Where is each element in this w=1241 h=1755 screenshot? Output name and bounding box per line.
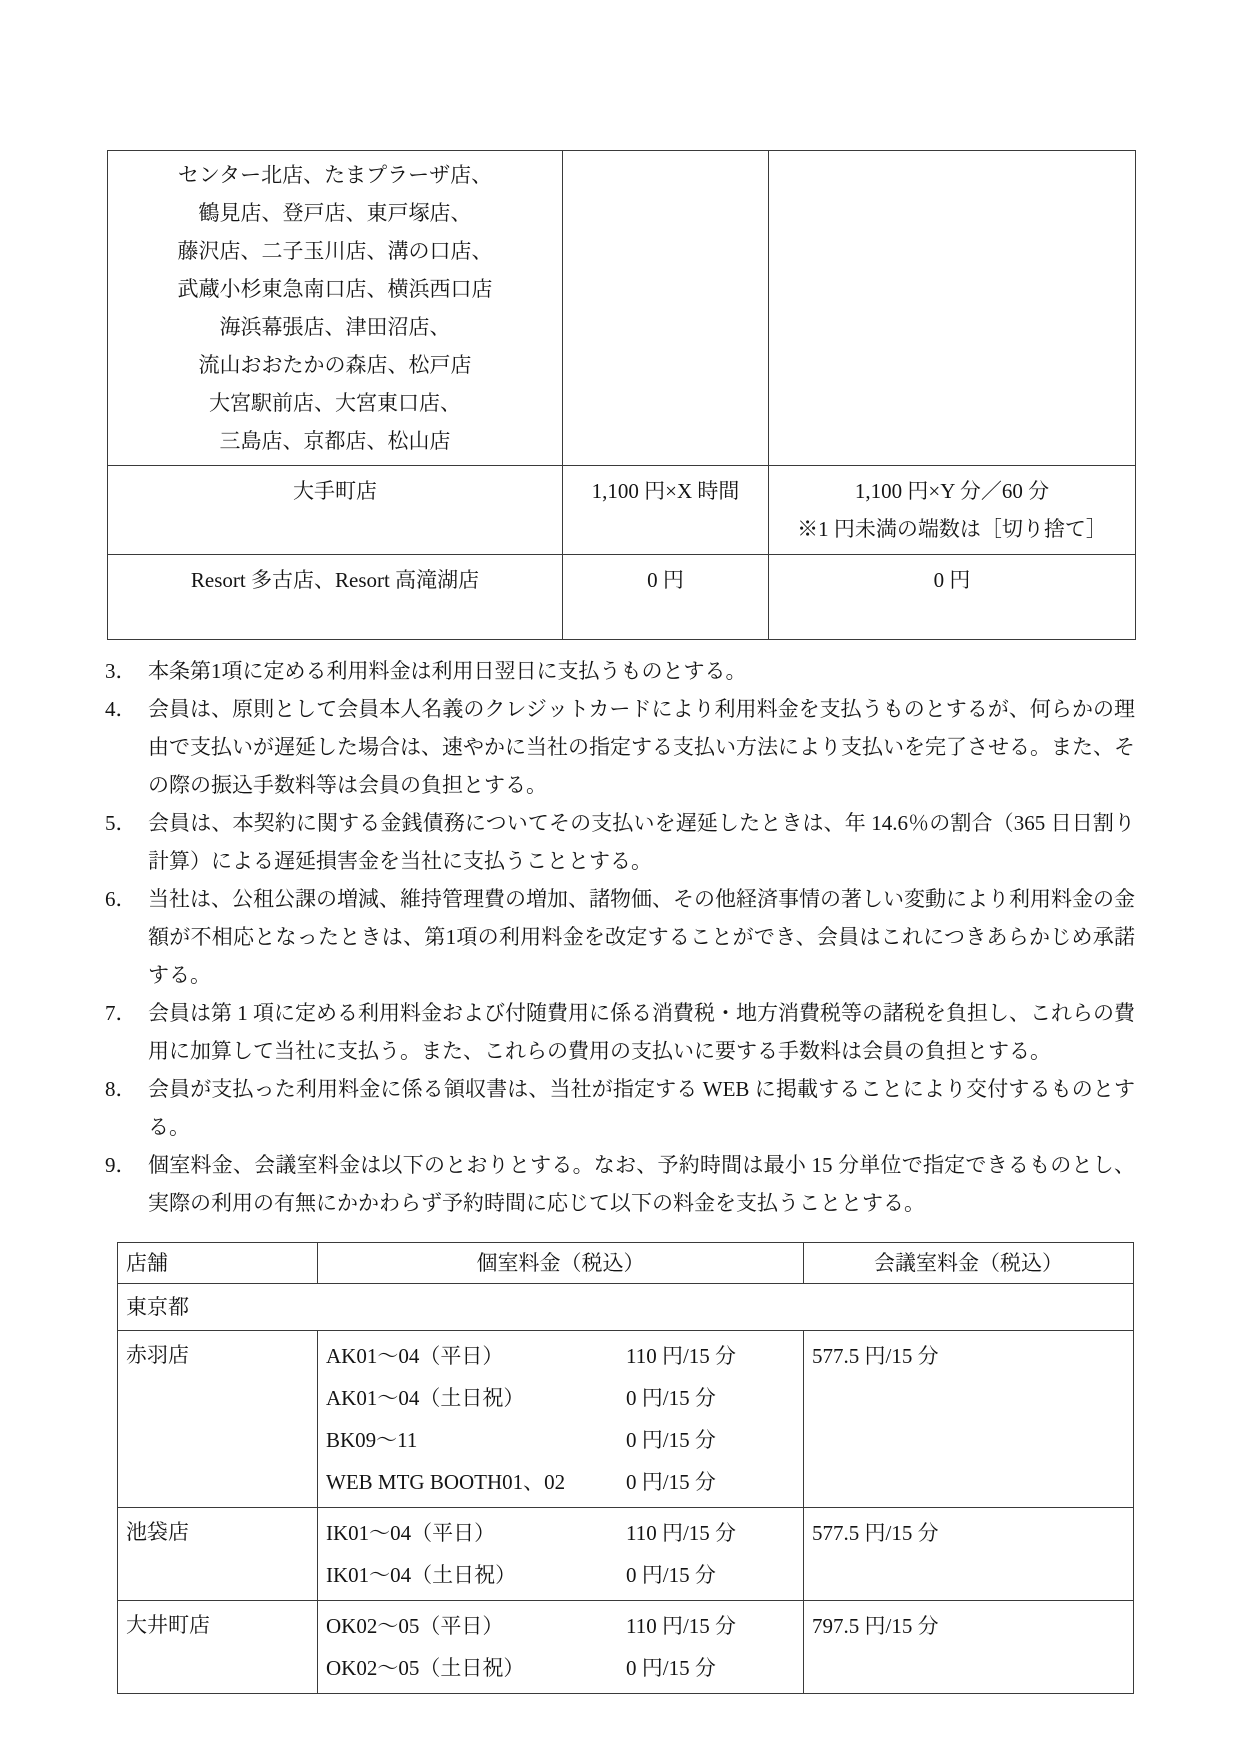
store-list-line: センター北店、たまプラーザ店、 — [116, 156, 554, 194]
clause-6: 6． 当社は、公租公課の増減、維持管理費の増加、諸物価、その他経済事情の著しい変… — [105, 880, 1135, 994]
room-name: IK01～04（土日祝） — [326, 1554, 626, 1596]
room-price: 0 円/15 分 — [626, 1419, 795, 1461]
clause-9: 9． 個室料金、会議室料金は以下のとおりとする。なお、予約時間は最小 15 分単… — [105, 1146, 1135, 1222]
clause-text: 個室料金、会議室料金は以下のとおりとする。なお、予約時間は最小 15 分単位で指… — [148, 1146, 1135, 1222]
clause-4: 4． 会員は、原則として会員本人名義のクレジットカードにより利用料金を支払うもの… — [105, 690, 1135, 804]
room-fee-line: IK01～04（土日祝） 0 円/15 分 — [326, 1554, 795, 1596]
clause-text: 会員は、本契約に関する金銭債務についてその支払いを遅延したときは、年 14.6％… — [148, 804, 1135, 880]
private-room-fees: IK01～04（平日） 110 円/15 分 IK01～04（土日祝） 0 円/… — [318, 1508, 804, 1601]
store-name: 大井町店 — [118, 1601, 318, 1694]
header-private-room-fee: 個室料金（税込） — [318, 1243, 804, 1284]
header-meeting-room-fee: 会議室料金（税込） — [804, 1243, 1134, 1284]
room-price: 110 円/15 分 — [626, 1512, 795, 1554]
room-fee-line: AK01～04（平日） 110 円/15 分 — [326, 1335, 795, 1377]
store-list-line: 三島店、京都店、松山店 — [116, 422, 554, 460]
clause-text: 会員が支払った利用料金に係る領収書は、当社が指定する WEB に掲載することによ… — [148, 1070, 1135, 1146]
usage-fee-table: センター北店、たまプラーザ店、 鶴見店、登戸店、東戸塚店、 藤沢店、二子玉川店、… — [107, 150, 1136, 640]
store-list: センター北店、たまプラーザ店、 鶴見店、登戸店、東戸塚店、 藤沢店、二子玉川店、… — [116, 156, 554, 460]
meeting-room-fee: 797.5 円/15 分 — [804, 1601, 1134, 1694]
store-list-cell: センター北店、たまプラーザ店、 鶴見店、登戸店、東戸塚店、 藤沢店、二子玉川店、… — [108, 151, 563, 466]
hourly-fee-cell-empty — [563, 151, 769, 466]
per-minute-fee-cell-empty — [769, 151, 1136, 466]
otemachi-store-cell: 大手町店 — [108, 466, 563, 555]
otemachi-per-minute-cell: 1,100 円×Y 分／60 分 ※1 円未満の端数は［切り捨て］ — [769, 466, 1136, 555]
resort-per-minute-cell: 0 円 — [769, 555, 1136, 640]
clause-text: 本条第1項に定める利用料金は利用日翌日に支払うものとする。 — [148, 652, 1135, 690]
clause-5: 5． 会員は、本契約に関する金銭債務についてその支払いを遅延したときは、年 14… — [105, 804, 1135, 880]
per-minute-fee: 0 円 — [777, 561, 1127, 599]
room-price: 0 円/15 分 — [626, 1377, 795, 1419]
store-list-line: 藤沢店、二子玉川店、溝の口店、 — [116, 232, 554, 270]
clause-8: 8． 会員が支払った利用料金に係る領収書は、当社が指定する WEB に掲載するこ… — [105, 1070, 1135, 1146]
room-table-header-row: 店舗 個室料金（税込） 会議室料金（税込） — [118, 1243, 1134, 1284]
clause-7: 7． 会員は第 1 項に定める利用料金および付随費用に係る消費税・地方消費税等の… — [105, 994, 1135, 1070]
room-price: 0 円/15 分 — [626, 1554, 795, 1596]
resort-store-cell: Resort 多古店、Resort 高滝湖店 — [108, 555, 563, 640]
room-fee-table: 店舗 個室料金（税込） 会議室料金（税込） 東京都 赤羽店 AK01～04（平日… — [117, 1242, 1134, 1694]
region-label: 東京都 — [118, 1284, 1134, 1331]
clause-number: 3． — [105, 652, 148, 690]
store-list-line: 大宮駅前店、大宮東口店、 — [116, 384, 554, 422]
clause-number: 5． — [105, 804, 148, 880]
clause-number: 9． — [105, 1146, 148, 1222]
store-list-line: 海浜幕張店、津田沼店、 — [116, 308, 554, 346]
clause-number: 6． — [105, 880, 148, 994]
clause-text: 当社は、公租公課の増減、維持管理費の増加、諸物価、その他経済事情の著しい変動によ… — [148, 880, 1135, 994]
room-name: BK09～11 — [326, 1419, 626, 1461]
room-name: IK01～04（平日） — [326, 1512, 626, 1554]
otemachi-hourly-cell: 1,100 円×X 時間 — [563, 466, 769, 555]
clause-list: 3． 本条第1項に定める利用料金は利用日翌日に支払うものとする。 4． 会員は、… — [105, 652, 1135, 1222]
room-name: OK02～05（土日祝） — [326, 1647, 626, 1689]
clause-number: 4． — [105, 690, 148, 804]
room-name: OK02～05（平日） — [326, 1605, 626, 1647]
room-fee-line: OK02～05（平日） 110 円/15 分 — [326, 1605, 795, 1647]
store-name: 池袋店 — [118, 1508, 318, 1601]
room-fee-line: OK02～05（土日祝） 0 円/15 分 — [326, 1647, 795, 1689]
clause-text: 会員は第 1 項に定める利用料金および付随費用に係る消費税・地方消費税等の諸税を… — [148, 994, 1135, 1070]
room-row-oimachi: 大井町店 OK02～05（平日） 110 円/15 分 OK02～05（土日祝）… — [118, 1601, 1134, 1694]
resort-hourly-cell: 0 円 — [563, 555, 769, 640]
room-fee-line: BK09～11 0 円/15 分 — [326, 1419, 795, 1461]
room-fee-line: AK01～04（土日祝） 0 円/15 分 — [326, 1377, 795, 1419]
private-room-fees: AK01～04（平日） 110 円/15 分 AK01～04（土日祝） 0 円/… — [318, 1331, 804, 1508]
room-fee-line: IK01～04（平日） 110 円/15 分 — [326, 1512, 795, 1554]
hourly-fee: 0 円 — [571, 561, 760, 599]
room-row-akabane: 赤羽店 AK01～04（平日） 110 円/15 分 AK01～04（土日祝） … — [118, 1331, 1134, 1508]
room-price: 0 円/15 分 — [626, 1647, 795, 1689]
store-list-line: 武蔵小杉東急南口店、横浜西口店 — [116, 270, 554, 308]
room-price: 110 円/15 分 — [626, 1335, 795, 1377]
room-name: AK01～04（平日） — [326, 1335, 626, 1377]
room-name: AK01～04（土日祝） — [326, 1377, 626, 1419]
room-price: 110 円/15 分 — [626, 1605, 795, 1647]
room-name: WEB MTG BOOTH01、02 — [326, 1461, 626, 1503]
clause-text: 会員は、原則として会員本人名義のクレジットカードにより利用料金を支払うものとする… — [148, 690, 1135, 804]
store-name: Resort 多古店、Resort 高滝湖店 — [116, 561, 554, 599]
rounding-note: ※1 円未満の端数は［切り捨て］ — [777, 510, 1127, 548]
store-list-line: 流山おおたかの森店、松戸店 — [116, 346, 554, 384]
room-price: 0 円/15 分 — [626, 1461, 795, 1503]
room-row-ikebukuro: 池袋店 IK01～04（平日） 110 円/15 分 IK01～04（土日祝） … — [118, 1508, 1134, 1601]
fee-row-otemachi: 大手町店 1,100 円×X 時間 1,100 円×Y 分／60 分 ※1 円未… — [108, 466, 1136, 555]
fee-row-resort: Resort 多古店、Resort 高滝湖店 0 円 0 円 — [108, 555, 1136, 640]
region-row: 東京都 — [118, 1284, 1134, 1331]
store-name: 赤羽店 — [118, 1331, 318, 1508]
clause-number: 8． — [105, 1070, 148, 1146]
header-store: 店舗 — [118, 1243, 318, 1284]
store-list-line: 鶴見店、登戸店、東戸塚店、 — [116, 194, 554, 232]
document-page: センター北店、たまプラーザ店、 鶴見店、登戸店、東戸塚店、 藤沢店、二子玉川店、… — [0, 0, 1241, 1694]
room-fee-line: WEB MTG BOOTH01、02 0 円/15 分 — [326, 1461, 795, 1503]
private-room-fees: OK02～05（平日） 110 円/15 分 OK02～05（土日祝） 0 円/… — [318, 1601, 804, 1694]
meeting-room-fee: 577.5 円/15 分 — [804, 1508, 1134, 1601]
hourly-fee: 1,100 円×X 時間 — [571, 472, 760, 510]
store-name: 大手町店 — [116, 472, 554, 510]
meeting-room-fee: 577.5 円/15 分 — [804, 1331, 1134, 1508]
per-minute-fee: 1,100 円×Y 分／60 分 — [777, 472, 1127, 510]
fee-row-store-list: センター北店、たまプラーザ店、 鶴見店、登戸店、東戸塚店、 藤沢店、二子玉川店、… — [108, 151, 1136, 466]
clause-number: 7． — [105, 994, 148, 1070]
clause-3: 3． 本条第1項に定める利用料金は利用日翌日に支払うものとする。 — [105, 652, 1135, 690]
